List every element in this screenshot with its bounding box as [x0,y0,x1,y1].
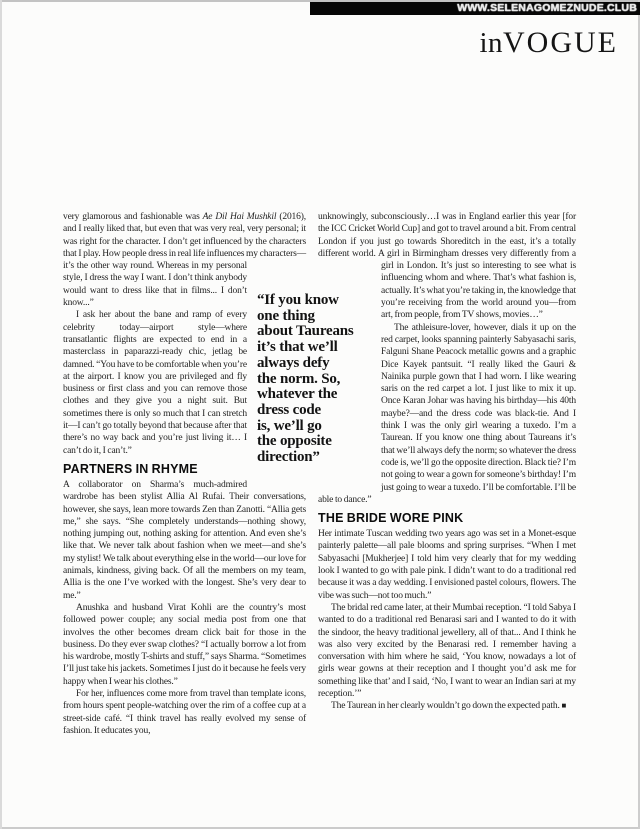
masthead-title: VOGUE [503,26,618,59]
article-column-left: very glamorous and fashionable was Ae Di… [63,211,306,737]
paragraph-text: The Taurean in her clearly wouldn’t go d… [331,701,561,711]
masthead-logo: inVOGUE [479,28,618,58]
page-border-left [0,0,2,829]
magazine-page: WWW.SELENAGOMEZNUDE.CLUB inVOGUE very gl… [0,0,640,829]
section-heading-the-bride-wore-pink: THE BRIDE WORE PINK [318,512,576,525]
paragraph-text: very glamorous and fashionable was [63,212,203,222]
article-paragraph: A collaborator on Sharma’s much-admired … [63,479,306,602]
article-paragraph: The Taurean in her clearly wouldn’t go d… [318,700,576,712]
article-paragraph: Anushka and husband Virat Kohli are the … [63,602,306,688]
masthead-prefix: in [479,27,503,59]
watermark-url-text: WWW.SELENAGOMEZNUDE.CLUB [457,2,637,15]
article-paragraph: Her intimate Tuscan wedding two years ag… [318,528,576,602]
movie-title-italic: Ae Dil Hai Mushkil [203,212,277,222]
article-end-mark: ■ [561,701,566,710]
watermark-bar: WWW.SELENAGOMEZNUDE.CLUB [310,2,640,15]
article-paragraph: The bridal red came later, at their Mumb… [318,602,576,700]
article-paragraph: For her, influences come more from trave… [63,688,306,737]
pull-quote: “If you know one thing about Taureans it… [257,293,375,466]
